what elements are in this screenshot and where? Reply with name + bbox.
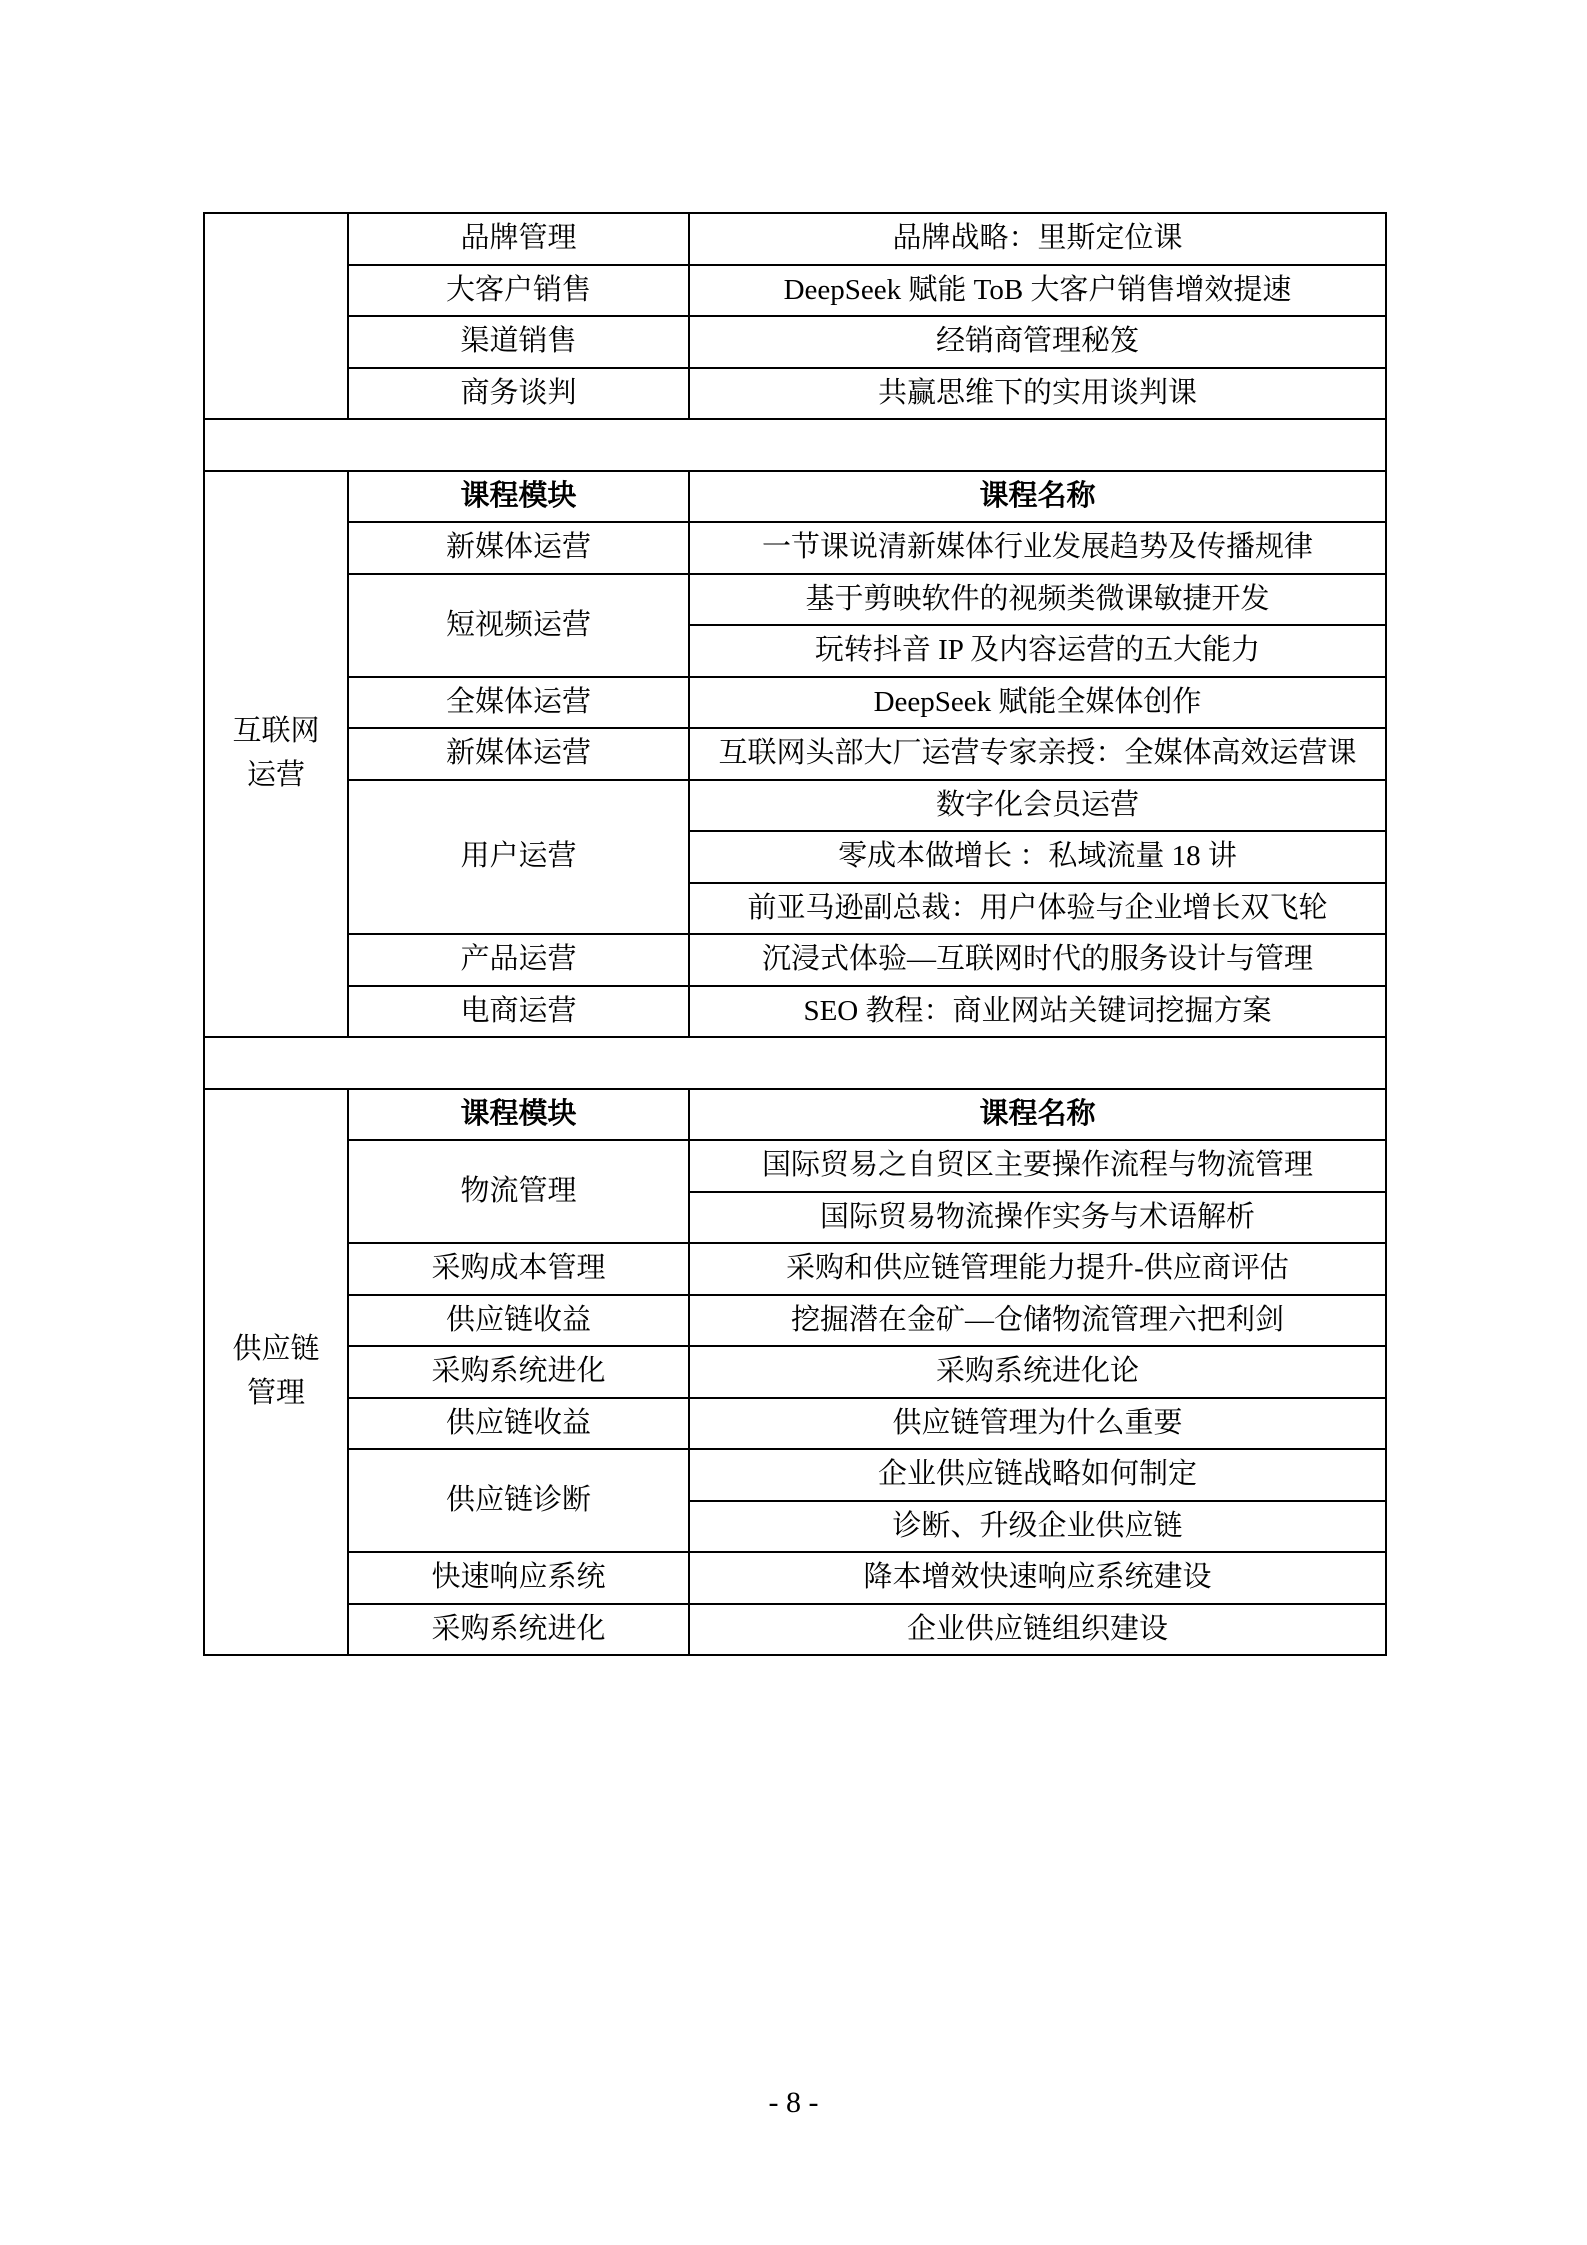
header-module-cell: 课程模块: [348, 1089, 689, 1141]
module-cell: 采购系统进化: [348, 1604, 689, 1656]
course-cell: 沉浸式体验—互联网时代的服务设计与管理: [689, 934, 1386, 986]
course-cell: 经销商管理秘笈: [689, 316, 1386, 368]
course-cell: 国际贸易物流操作实务与术语解析: [689, 1192, 1386, 1244]
module-cell: 大客户销售: [348, 265, 689, 317]
header-module-cell: 课程模块: [348, 471, 689, 523]
module-cell: 快速响应系统: [348, 1552, 689, 1604]
table-row: 电商运营 SEO 教程：商业网站关键词挖掘方案: [204, 986, 1386, 1038]
table-row: 供应链诊断 企业供应链战略如何制定: [204, 1449, 1386, 1501]
course-cell: 零成本做增长 ：私域流量 18 讲: [689, 831, 1386, 883]
course-cell: 企业供应链战略如何制定: [689, 1449, 1386, 1501]
course-cell: 采购系统进化论: [689, 1346, 1386, 1398]
category-label-line: 运营: [209, 754, 343, 798]
module-cell: 采购成本管理: [348, 1243, 689, 1295]
course-cell: 品牌战略：里斯定位课: [689, 213, 1386, 265]
category-label-line: 供应链: [209, 1328, 343, 1372]
table-row: 新媒体运营 互联网头部大厂运营专家亲授：全媒体高效运营课: [204, 728, 1386, 780]
table-row: 采购系统进化 企业供应链组织建设: [204, 1604, 1386, 1656]
table-row: 采购系统进化 采购系统进化论: [204, 1346, 1386, 1398]
course-cell: 共赢思维下的实用谈判课: [689, 368, 1386, 420]
course-cell: 企业供应链组织建设: [689, 1604, 1386, 1656]
course-cell: 国际贸易之自贸区主要操作流程与物流管理: [689, 1140, 1386, 1192]
course-cell: 诊断、升级企业供应链: [689, 1501, 1386, 1553]
course-cell: 供应链管理为什么重要: [689, 1398, 1386, 1450]
table-row: 渠道销售 经销商管理秘笈: [204, 316, 1386, 368]
module-cell: 新媒体运营: [348, 522, 689, 574]
module-cell: 用户运营: [348, 780, 689, 935]
course-cell: DeepSeek 赋能 ToB 大客户销售增效提速: [689, 265, 1386, 317]
table-row: 物流管理 国际贸易之自贸区主要操作流程与物流管理: [204, 1140, 1386, 1192]
module-cell: 采购系统进化: [348, 1346, 689, 1398]
module-cell: 商务谈判: [348, 368, 689, 420]
category-label-line: 管理: [209, 1372, 343, 1416]
table-row: 大客户销售 DeepSeek 赋能 ToB 大客户销售增效提速: [204, 265, 1386, 317]
header-course-cell: 课程名称: [689, 471, 1386, 523]
table-row: 新媒体运营 一节课说清新媒体行业发展趋势及传播规律: [204, 522, 1386, 574]
course-cell: SEO 教程：商业网站关键词挖掘方案: [689, 986, 1386, 1038]
course-table: 品牌管理 品牌战略：里斯定位课 大客户销售 DeepSeek 赋能 ToB 大客…: [203, 212, 1387, 1656]
course-cell: 数字化会员运营: [689, 780, 1386, 832]
module-cell: 新媒体运营: [348, 728, 689, 780]
table-row: 品牌管理 品牌战略：里斯定位课: [204, 213, 1386, 265]
spacer-row: [204, 419, 1386, 471]
module-cell: 供应链收益: [348, 1295, 689, 1347]
course-cell: 采购和供应链管理能力提升-供应商评估: [689, 1243, 1386, 1295]
module-cell: 产品运营: [348, 934, 689, 986]
course-cell: 互联网头部大厂运营专家亲授：全媒体高效运营课: [689, 728, 1386, 780]
module-cell: 渠道销售: [348, 316, 689, 368]
module-cell: 供应链诊断: [348, 1449, 689, 1552]
table-row: 短视频运营 基于剪映软件的视频类微课敏捷开发: [204, 574, 1386, 626]
course-cell: 挖掘潜在金矿—仓储物流管理六把利剑: [689, 1295, 1386, 1347]
module-cell: 品牌管理: [348, 213, 689, 265]
table-row: 采购成本管理 采购和供应链管理能力提升-供应商评估: [204, 1243, 1386, 1295]
table-row: 供应链收益 挖掘潜在金矿—仓储物流管理六把利剑: [204, 1295, 1386, 1347]
category-cell: 供应链 管理: [204, 1089, 348, 1656]
module-cell: 供应链收益: [348, 1398, 689, 1450]
table-row: 快速响应系统 降本增效快速响应系统建设: [204, 1552, 1386, 1604]
module-cell: 全媒体运营: [348, 677, 689, 729]
spacer-cell: [204, 1037, 1386, 1089]
table-header-row: 供应链 管理 课程模块 课程名称: [204, 1089, 1386, 1141]
table-row: 全媒体运营 DeepSeek 赋能全媒体创作: [204, 677, 1386, 729]
course-cell: 前亚马逊副总裁：用户体验与企业增长双飞轮: [689, 883, 1386, 935]
table-header-row: 互联网 运营 课程模块 课程名称: [204, 471, 1386, 523]
category-cell: 互联网 运营: [204, 471, 348, 1038]
course-cell: 玩转抖音 IP 及内容运营的五大能力: [689, 625, 1386, 677]
table-row: 用户运营 数字化会员运营: [204, 780, 1386, 832]
document-page: 品牌管理 品牌战略：里斯定位课 大客户销售 DeepSeek 赋能 ToB 大客…: [0, 0, 1587, 2245]
spacer-row: [204, 1037, 1386, 1089]
spacer-cell: [204, 419, 1386, 471]
header-course-cell: 课程名称: [689, 1089, 1386, 1141]
table-row: 供应链收益 供应链管理为什么重要: [204, 1398, 1386, 1450]
course-cell: 一节课说清新媒体行业发展趋势及传播规律: [689, 522, 1386, 574]
table-row: 产品运营 沉浸式体验—互联网时代的服务设计与管理: [204, 934, 1386, 986]
course-cell: DeepSeek 赋能全媒体创作: [689, 677, 1386, 729]
category-cell-empty: [204, 213, 348, 419]
course-cell: 降本增效快速响应系统建设: [689, 1552, 1386, 1604]
page-number: - 8 -: [0, 2086, 1587, 2120]
module-cell: 短视频运营: [348, 574, 689, 677]
course-cell: 基于剪映软件的视频类微课敏捷开发: [689, 574, 1386, 626]
category-label-line: 互联网: [209, 710, 343, 754]
table-row: 商务谈判 共赢思维下的实用谈判课: [204, 368, 1386, 420]
module-cell: 物流管理: [348, 1140, 689, 1243]
module-cell: 电商运营: [348, 986, 689, 1038]
